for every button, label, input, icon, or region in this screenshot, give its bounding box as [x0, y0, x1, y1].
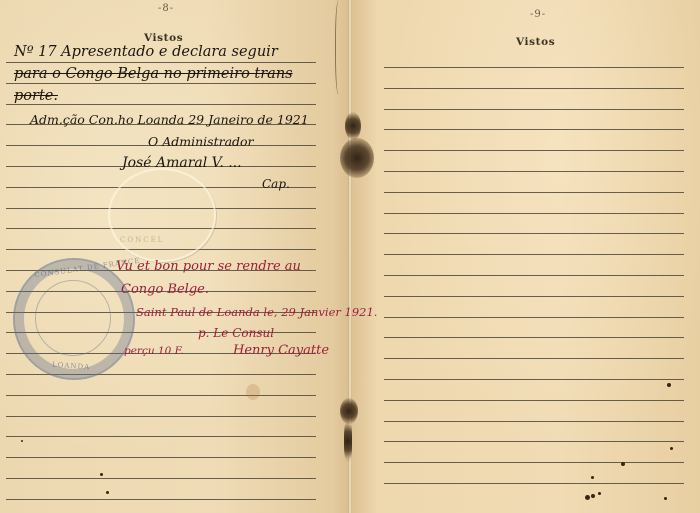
- ruled-line: [6, 83, 316, 84]
- endorsement-line-4: Adm.ção Con.ho Loanda 29 Janeiro de 1921: [30, 112, 309, 127]
- visa-consul-title: p. Le Consul: [198, 326, 274, 340]
- paper-speck: [591, 494, 595, 498]
- ruled-line: [384, 421, 684, 422]
- ruled-line: [6, 457, 316, 458]
- page-edge: [335, 0, 344, 95]
- paper-speck: [106, 491, 109, 494]
- paper-speck: [667, 383, 671, 387]
- ruled-line: [6, 499, 316, 500]
- paper-speck: [591, 476, 594, 479]
- embossed-seal: [108, 168, 216, 262]
- ruled-line: [384, 171, 684, 172]
- ruled-line: [384, 129, 684, 130]
- ruled-line: [384, 379, 684, 380]
- page-number-right: -9-: [530, 9, 546, 20]
- binding-thread-upper: [345, 112, 361, 140]
- paper-speck: [670, 447, 673, 450]
- ruled-line: [384, 67, 684, 68]
- endorsement-administrator-title: O Administrador: [148, 134, 254, 149]
- ruled-line: [384, 400, 684, 401]
- ruled-line: [384, 150, 684, 151]
- ruled-line: [384, 192, 684, 193]
- ruled-line: [6, 436, 316, 437]
- ruled-line: [384, 213, 684, 214]
- ruled-line: [384, 275, 684, 276]
- page-number-left: -8-: [158, 3, 174, 14]
- ruled-line: [6, 395, 316, 396]
- visa-line-2: Congo Belge.: [121, 282, 209, 297]
- endorsement-rank: Cap.: [262, 177, 290, 191]
- paper-speck: [100, 473, 103, 476]
- ruled-line: [384, 317, 684, 318]
- right-page: [350, 0, 700, 513]
- embossed-seal-text: CONCEL: [120, 236, 164, 244]
- consular-stamp-inner-ring: [35, 280, 111, 356]
- ruled-line: [6, 104, 316, 105]
- ruled-line: [384, 254, 684, 255]
- binding-thread-blot-upper: [340, 138, 374, 178]
- endorsement-signature: José Amaral V. ...: [122, 155, 242, 171]
- paper-speck: [664, 497, 667, 500]
- paper-speck: [621, 462, 625, 466]
- paper-speck: [585, 495, 590, 500]
- ruled-line: [6, 416, 316, 417]
- ruled-line: [384, 483, 684, 484]
- ruled-line: [384, 296, 684, 297]
- ruled-line: [384, 358, 684, 359]
- page-heading-left: Vistos: [144, 32, 183, 44]
- paper-speck: [598, 492, 601, 495]
- paper-stain: [246, 384, 260, 400]
- ruled-line: [384, 462, 684, 463]
- visa-signature: Henry Cayatte: [233, 343, 329, 358]
- ruled-line: [384, 109, 684, 110]
- endorsement-line-3: porte.: [14, 88, 58, 104]
- ruled-line: [6, 478, 316, 479]
- ruled-line: [384, 441, 684, 442]
- ruled-line: [384, 88, 684, 89]
- page-heading-right: Vistos: [516, 36, 555, 48]
- ruled-line: [6, 62, 316, 63]
- visa-fee: perçu 10 F.: [124, 345, 184, 357]
- paper-speck: [21, 440, 23, 442]
- visa-place-date: Saint Paul de Loanda le, 29 Janvier 1921…: [136, 305, 377, 319]
- endorsement-line-1: Nº 17 Apresentado e declara seguir: [14, 44, 278, 60]
- ruled-line: [384, 337, 684, 338]
- binding-thread-lower: [344, 420, 352, 462]
- endorsement-line-2: para o Congo Belga no primeiro trans: [14, 66, 293, 82]
- ruled-line: [384, 233, 684, 234]
- visa-line-1: Vu et bon pour se rendre au: [116, 259, 301, 274]
